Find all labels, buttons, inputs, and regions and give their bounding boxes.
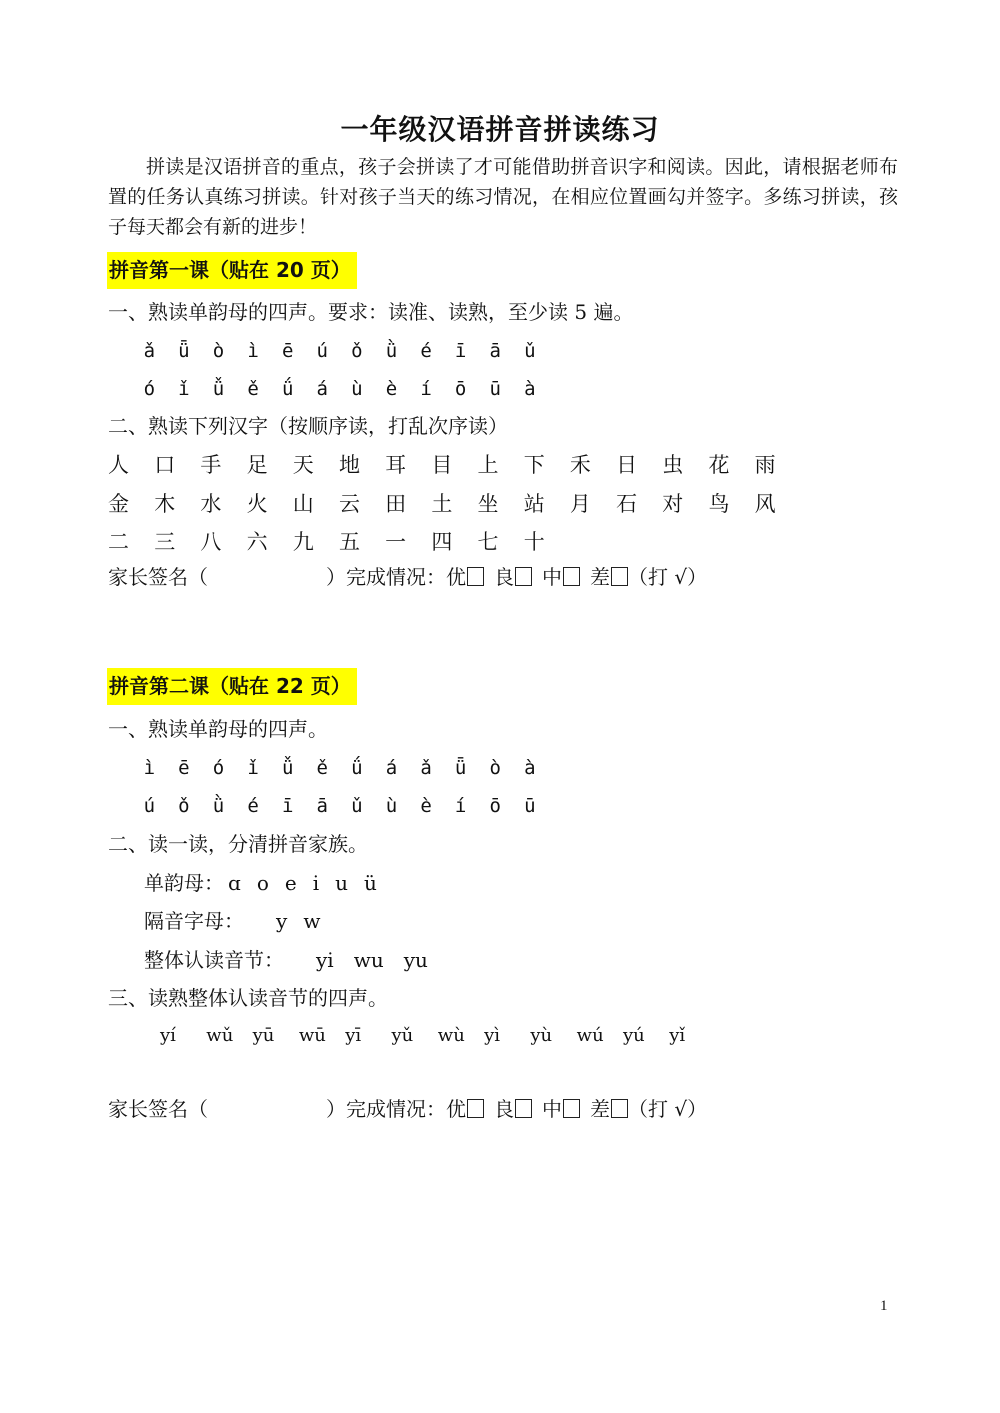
pinyin-item: ī: [270, 791, 305, 821]
lesson1-heading: 拼音第一课（贴在 20 页）: [107, 252, 357, 289]
hanzi-item: 足: [247, 449, 293, 481]
lesson2-heading: 拼音第二课（贴在 22 页）: [107, 668, 357, 705]
hanzi-item: 山: [293, 488, 339, 520]
hanzi-item: 鸟: [708, 488, 754, 520]
pinyin-item: ǖ: [443, 753, 478, 783]
rating-poor-checkbox[interactable]: [611, 1099, 628, 1118]
completion-label: ）完成情况：: [326, 1097, 446, 1121]
rating-fair-checkbox[interactable]: [563, 567, 580, 586]
rating-excellent-checkbox[interactable]: [467, 567, 484, 586]
hanzi-item: 日: [616, 449, 662, 481]
rating-excellent-label: 优: [446, 1097, 466, 1121]
pinyin-item: ū: [478, 374, 513, 404]
syllable-item: yū: [253, 1021, 299, 1051]
pinyin-item: í: [443, 791, 478, 821]
separator-letters-line: 隔音字母：yw: [144, 906, 336, 936]
hanzi-item: 火: [247, 488, 293, 520]
rating-poor-label: 差: [590, 1097, 610, 1121]
pinyin-item: ù: [374, 791, 409, 821]
syllable-item: wu: [354, 948, 384, 972]
whole-syllables-label: 整体认读音节：: [144, 948, 284, 972]
rating-poor-checkbox[interactable]: [611, 567, 628, 586]
hanzi-item: 目: [431, 449, 477, 481]
lesson2-signature-line: 家长签名（）完成情况：优良中差（打 √）: [108, 1094, 707, 1124]
pinyin-item: ǘ: [340, 753, 375, 783]
page-number: 1: [880, 1298, 888, 1315]
lesson1-section2-title: 二、熟读下列汉字（按顺序读，打乱次序读）: [108, 411, 508, 441]
hanzi-item: 六: [247, 526, 293, 558]
hanzi-item: 三: [154, 526, 200, 558]
syllable-item: yi: [316, 948, 334, 972]
hanzi-item: 对: [662, 488, 708, 520]
pinyin-item: á: [374, 753, 409, 783]
hanzi-item: 木: [154, 488, 200, 520]
pinyin-item: ī: [443, 336, 478, 366]
lesson1-section1-title: 一、熟读单韵母的四声。要求：读准、读熟，至少读 5 遍。: [108, 297, 633, 327]
pinyin-item: è: [374, 374, 409, 404]
pinyin-item: ǜ: [201, 791, 236, 821]
syllable-item: wǔ: [206, 1021, 252, 1051]
rating-excellent-label: 优: [446, 565, 466, 589]
lesson1-char-row-1: 人 口 手 足 天 地 耳 目 上 下 禾 日 虫 花 雨: [108, 449, 801, 481]
hanzi-item: 十: [524, 526, 570, 558]
lesson2-pinyin-row-2: ú ǒ ǜ é ī ā ǔ ù è í ō ū: [132, 791, 547, 821]
rating-good-checkbox[interactable]: [515, 567, 532, 586]
hanzi-item: 水: [200, 488, 246, 520]
syllable-item: yí: [160, 1021, 206, 1051]
hanzi-item: 金: [108, 488, 154, 520]
pinyin-item: ě: [305, 753, 340, 783]
single-finals-label: 单韵母：: [144, 871, 224, 895]
hanzi-item: 一: [385, 526, 431, 558]
hanzi-item: 地: [339, 449, 385, 481]
completion-label: ）完成情况：: [326, 565, 446, 589]
final-item: i: [313, 871, 319, 895]
final-item: ɑ: [228, 871, 241, 895]
pinyin-item: à: [513, 753, 548, 783]
pinyin-item: ō: [443, 374, 478, 404]
lesson1-pinyin-row-2: ó ǐ ǚ ě ǘ á ù è í ō ū à: [132, 374, 547, 404]
separator-letters-label: 隔音字母：: [144, 909, 244, 933]
pinyin-item: ǒ: [340, 336, 375, 366]
pinyin-item: ǒ: [167, 791, 202, 821]
worksheet-page: 一年级汉语拼音拼读练习 拼读是汉语拼音的重点，孩子会拼读了才可能借助拼音识字和阅…: [0, 0, 1000, 1413]
final-item: u: [335, 871, 348, 895]
pinyin-item: ǐ: [167, 374, 202, 404]
hanzi-item: 八: [200, 526, 246, 558]
hanzi-item: 下: [524, 449, 570, 481]
pinyin-item: ā: [305, 791, 340, 821]
pinyin-item: ǖ: [167, 336, 202, 366]
lesson2-syllable-row: yí wǔ yū wū yī yǔ wù yì yù wú yú yǐ: [160, 1021, 716, 1051]
pinyin-item: ú: [132, 791, 167, 821]
pinyin-item: é: [409, 336, 444, 366]
rating-excellent-checkbox[interactable]: [467, 1099, 484, 1118]
lesson2-section2-title: 二、读一读，分清拼音家族。: [108, 829, 368, 859]
rating-fair-label: 中: [542, 565, 562, 589]
lesson1-char-row-2: 金 木 水 火 山 云 田 土 坐 站 月 石 对 鸟 风: [108, 488, 801, 520]
lesson1-char-row-3: 二 三 八 六 九 五 一 四 七 十: [108, 526, 570, 558]
lesson2-pinyin-row-1: ì ē ó ǐ ǚ ě ǘ á ǎ ǖ ò à: [132, 753, 547, 783]
hanzi-item: 上: [478, 449, 524, 481]
hanzi-item: 风: [755, 488, 801, 520]
hanzi-item: 天: [293, 449, 339, 481]
syllable-item: yǔ: [391, 1021, 437, 1051]
page-title: 一年级汉语拼音拼读练习: [0, 108, 1000, 148]
signature-label: 家长签名（: [108, 565, 208, 589]
pinyin-item: ē: [167, 753, 202, 783]
pinyin-item: ǎ: [132, 336, 167, 366]
pinyin-item: ǔ: [513, 336, 548, 366]
syllable-item: yǐ: [669, 1021, 715, 1051]
final-item: o: [257, 871, 269, 895]
hanzi-item: 坐: [478, 488, 524, 520]
syllable-item: yú: [623, 1021, 669, 1051]
hanzi-item: 四: [431, 526, 477, 558]
lesson1-pinyin-row-1: ǎ ǖ ò ì ē ú ǒ ǜ é ī ā ǔ: [132, 336, 547, 366]
pinyin-item: ì: [132, 753, 167, 783]
hanzi-item: 虫: [662, 449, 708, 481]
pinyin-item: ǐ: [236, 753, 271, 783]
pinyin-item: à: [513, 374, 548, 404]
rating-fair-checkbox[interactable]: [563, 1099, 580, 1118]
hanzi-item: 月: [570, 488, 616, 520]
syllable-item: yì: [484, 1021, 530, 1051]
pinyin-item: ò: [478, 753, 513, 783]
hanzi-item: 云: [339, 488, 385, 520]
pinyin-item: ǚ: [270, 753, 305, 783]
syllable-item: wù: [438, 1021, 484, 1051]
hanzi-item: 土: [431, 488, 477, 520]
pinyin-item: ā: [478, 336, 513, 366]
hanzi-item: 五: [339, 526, 385, 558]
rating-poor-label: 差: [590, 565, 610, 589]
hanzi-item: 站: [524, 488, 570, 520]
hanzi-item: 雨: [755, 449, 801, 481]
pinyin-item: ē: [270, 336, 305, 366]
hanzi-item: 田: [385, 488, 431, 520]
lesson1-signature-line: 家长签名（）完成情况：优良中差（打 √）: [108, 562, 707, 592]
syllable-item: yī: [345, 1021, 391, 1051]
pinyin-item: ě: [236, 374, 271, 404]
separator-item: y: [276, 909, 287, 933]
syllable-item: wú: [577, 1021, 623, 1051]
syllable-item: wū: [299, 1021, 345, 1051]
rating-good-checkbox[interactable]: [515, 1099, 532, 1118]
pinyin-item: í: [409, 374, 444, 404]
hanzi-item: 口: [154, 449, 200, 481]
pinyin-item: á: [305, 374, 340, 404]
separator-item: w: [303, 909, 320, 933]
lesson2-section3-title: 三、读熟整体认读音节的四声。: [108, 983, 388, 1013]
hanzi-item: 二: [108, 526, 154, 558]
rating-good-label: 良: [494, 565, 514, 589]
hanzi-item: 耳: [385, 449, 431, 481]
pinyin-item: ì: [236, 336, 271, 366]
pinyin-item: ō: [478, 791, 513, 821]
final-item: e: [285, 871, 297, 895]
pinyin-item: ó: [132, 374, 167, 404]
intro-paragraph: 拼读是汉语拼音的重点，孩子会拼读了才可能借助拼音识字和阅读。因此，请根据老师布置…: [108, 152, 898, 242]
pinyin-item: ú: [305, 336, 340, 366]
check-instruction: （打 √）: [628, 565, 707, 589]
rating-good-label: 良: [494, 1097, 514, 1121]
lesson2-section1-title: 一、熟读单韵母的四声。: [108, 714, 328, 744]
pinyin-item: ǚ: [201, 374, 236, 404]
hanzi-item: 人: [108, 449, 154, 481]
hanzi-item: 七: [478, 526, 524, 558]
pinyin-item: ǜ: [374, 336, 409, 366]
syllable-item: yu: [404, 948, 428, 972]
pinyin-item: ò: [201, 336, 236, 366]
final-item: ü: [364, 871, 377, 895]
hanzi-item: 禾: [570, 449, 616, 481]
rating-fair-label: 中: [542, 1097, 562, 1121]
hanzi-item: 石: [616, 488, 662, 520]
pinyin-item: ǔ: [340, 791, 375, 821]
single-finals-line: 单韵母：ɑoeiuü: [144, 868, 393, 898]
pinyin-item: è: [409, 791, 444, 821]
pinyin-item: ó: [201, 753, 236, 783]
hanzi-item: 花: [708, 449, 754, 481]
pinyin-item: ū: [513, 791, 548, 821]
pinyin-item: é: [236, 791, 271, 821]
whole-syllables-line: 整体认读音节：yiwuyu: [144, 945, 444, 975]
syllable-item: yù: [530, 1021, 576, 1051]
hanzi-item: 九: [293, 526, 339, 558]
pinyin-item: ù: [340, 374, 375, 404]
check-instruction: （打 √）: [628, 1097, 707, 1121]
hanzi-item: 手: [200, 449, 246, 481]
pinyin-item: ǘ: [270, 374, 305, 404]
pinyin-item: ǎ: [409, 753, 444, 783]
signature-label: 家长签名（: [108, 1097, 208, 1121]
